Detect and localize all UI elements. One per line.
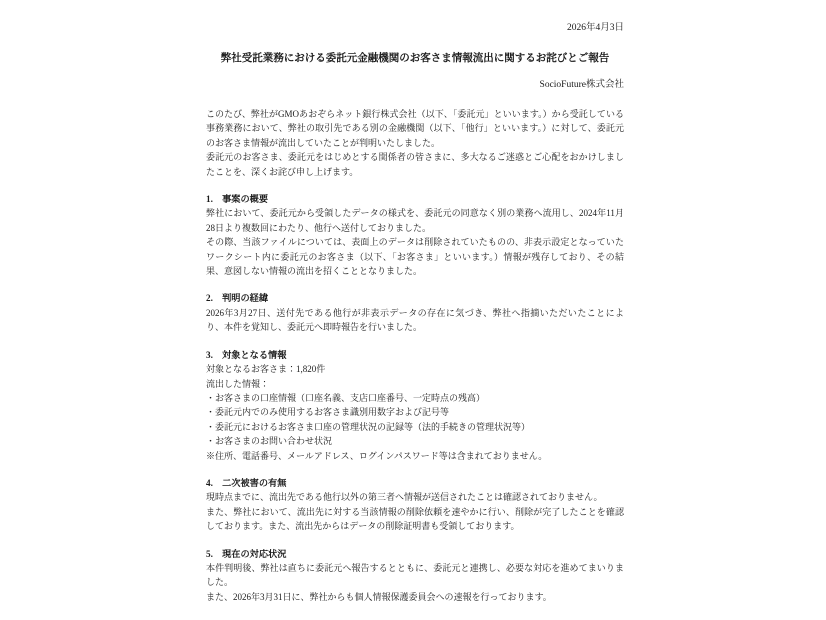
section-heading: 3. 対象となる情報 [206,348,624,362]
section-current-response: 5. 現在の対応状況 本件判明後、弊社は直ちに委託元へ報告するとともに、委託元と… [206,547,624,605]
company-name: SocioFuture株式会社 [206,79,624,92]
section-affected-info: 3. 対象となる情報 対象となるお客さま：1,820件 流出した情報： ・お客さ… [206,348,624,463]
body-paragraph: 弊社において、委託元から受領したデータの様式を、委託元の同意なく別の業務へ流用し… [206,206,624,235]
section-heading: 5. 現在の対応状況 [206,547,624,561]
intro-paragraph: 委託元のお客さま、委託元をはじめとする関係者の皆さまに、多大なるご迷惑とご心配を… [206,150,624,179]
section-heading: 4. 二次被害の有無 [206,476,624,490]
note-line: ※住所、電話番号、メールアドレス、ログインパスワード等は含まれておりません。 [206,449,624,463]
document-content: 2026年4月3日 弊社受託業務における委託元金融機関のお客さま情報流出に関する… [206,0,624,604]
section-overview: 1. 事案の概要 弊社において、委託元から受領したデータの様式を、委託元の同意な… [206,192,624,278]
affected-count-line: 対象となるお客さま：1,820件 [206,362,624,376]
document-page: 2026年4月3日 弊社受託業務における委託元金融機関のお客さま情報流出に関する… [0,0,826,620]
section-heading: 2. 判明の経緯 [206,291,624,305]
intro-block: このたび、弊社がGMOあおぞらネット銀行株式会社（以下、「委託元」といいます。）… [206,107,624,179]
list-item: ・委託元におけるお客さま口座の管理状況の記録等（法的手続きの管理状況等） [206,420,624,434]
section-discovery: 2. 判明の経緯 2026年3月27日、送付先である他行が非表示データの存在に気… [206,291,624,334]
document-title: 弊社受託業務における委託元金融機関のお客さま情報流出に関するお詫びとご報告 [206,52,624,66]
body-paragraph: その際、当該ファイルについては、表面上のデータは削除されていたものの、非表示設定… [206,235,624,278]
body-paragraph: 本件判明後、弊社は直ちに委託元へ報告するとともに、委託元と連携し、必要な対応を進… [206,561,624,590]
body-paragraph: 現時点までに、流出先である他行以外の第三者へ情報が送信されたことは確認されており… [206,490,624,504]
body-paragraph: また、2026年3月31日に、弊社からも個人情報保護委員会への速報を行っておりま… [206,590,624,604]
list-item: ・お客さまのお問い合わせ状況 [206,434,624,448]
intro-paragraph: このたび、弊社がGMOあおぞらネット銀行株式会社（以下、「委託元」といいます。）… [206,107,624,150]
body-paragraph: 2026年3月27日、送付先である他行が非表示データの存在に気づき、弊社へ指摘い… [206,306,624,335]
list-item: ・お客さまの口座情報（口座名義、支店口座番号、一定時点の残高） [206,391,624,405]
body-paragraph: また、弊社において、流出先に対する当該情報の削除依頼を速やかに行い、削除が完了し… [206,505,624,534]
list-item: ・委託元内でのみ使用するお客さま識別用数字および記号等 [206,405,624,419]
section-secondary-damage: 4. 二次被害の有無 現時点までに、流出先である他行以外の第三者へ情報が送信され… [206,476,624,534]
leaked-info-label: 流出した情報： [206,377,624,391]
section-heading: 1. 事案の概要 [206,192,624,206]
document-date: 2026年4月3日 [206,22,624,35]
